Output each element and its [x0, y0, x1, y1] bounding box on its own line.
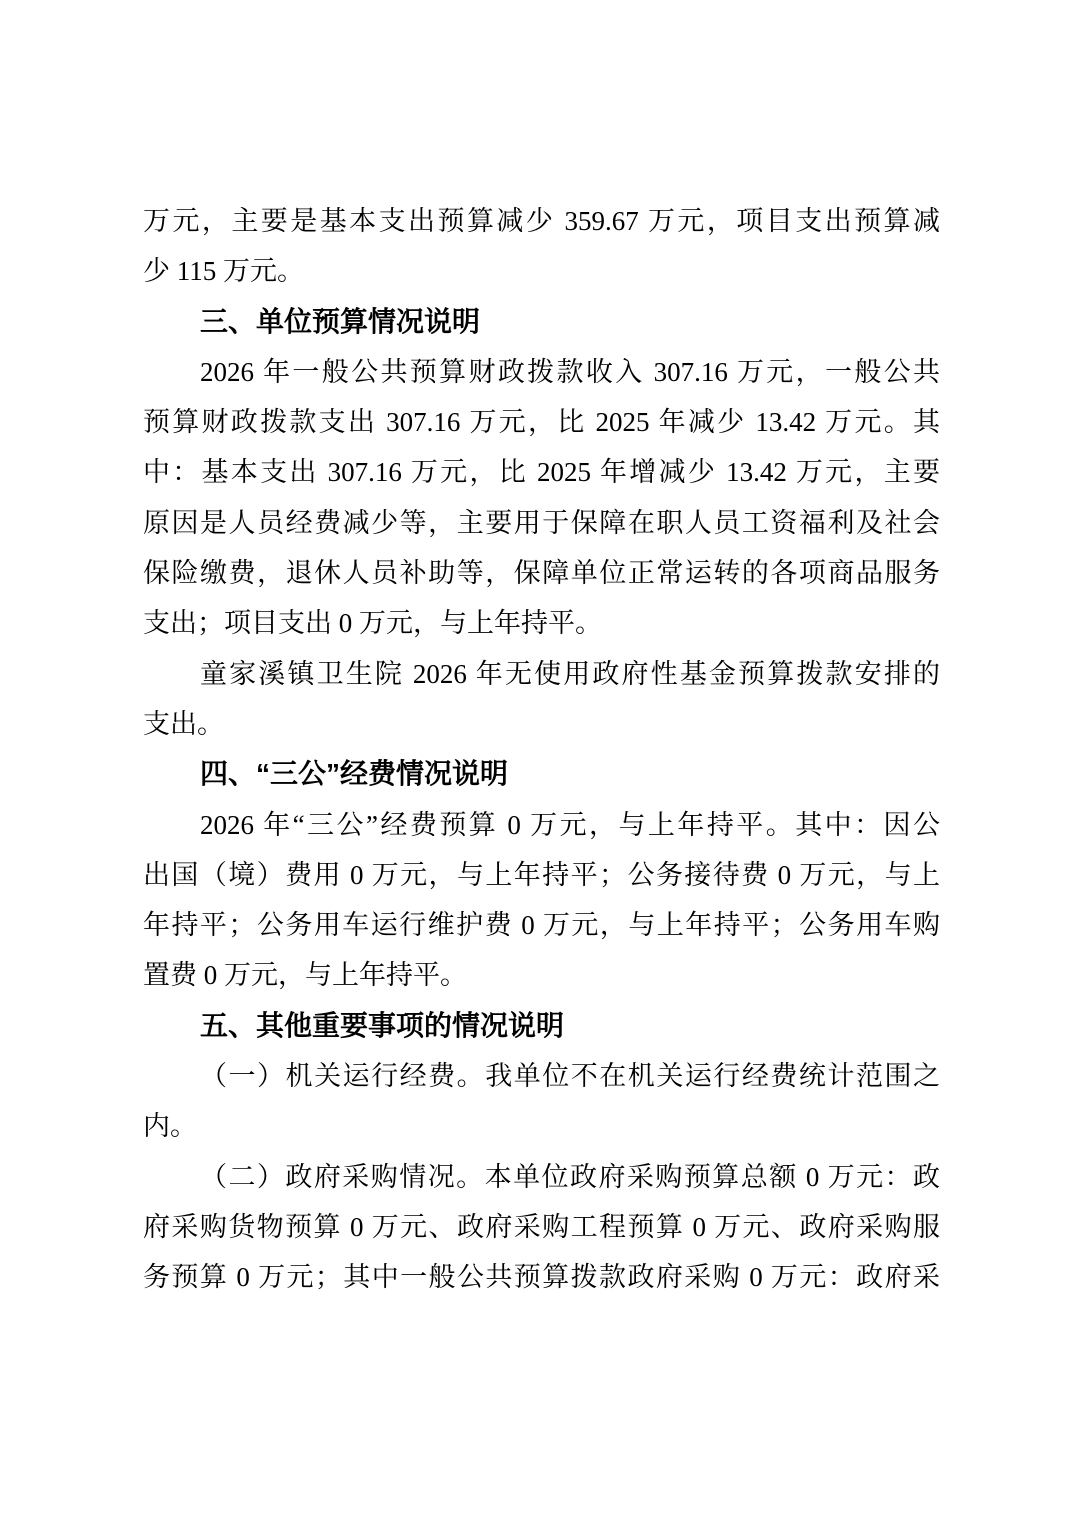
section-heading: 四、“三公”经费情况说明 [143, 749, 940, 799]
text-line: 预算财政拨款支出 307.16 万元，比 2025 年减少 13.42 万元。其 [143, 397, 940, 447]
text-line: 保险缴费，退休人员补助等，保障单位正常运转的各项商品服务 [143, 548, 940, 598]
document-body: 万元，主要是基本支出预算减少 359.67 万元，项目支出预算减 少 115 万… [143, 196, 940, 1303]
text-line: 少 115 万元。 [143, 246, 940, 296]
document-page: 万元，主要是基本支出预算减少 359.67 万元，项目支出预算减 少 115 万… [0, 0, 1074, 1520]
text-line: 原因是人员经费减少等，主要用于保障在职人员工资福利及社会 [143, 498, 940, 548]
section-heading: 三、单位预算情况说明 [143, 297, 940, 347]
text-line: 童家溪镇卫生院 2026 年无使用政府性基金预算拨款安排的 [143, 649, 940, 699]
text-line: 府采购货物预算 0 万元、政府采购工程预算 0 万元、政府采购服 [143, 1202, 940, 1252]
text-line: 出国（境）费用 0 万元，与上年持平；公务接待费 0 万元，与上 [143, 850, 940, 900]
text-line: 支出；项目支出 0 万元，与上年持平。 [143, 598, 940, 648]
text-line: 务预算 0 万元；其中一般公共预算拨款政府采购 0 万元：政府采 [143, 1252, 940, 1302]
text-line: 支出。 [143, 699, 940, 749]
text-line: 年持平；公务用车运行维护费 0 万元，与上年持平；公务用车购 [143, 900, 940, 950]
text-line: 置费 0 万元，与上年持平。 [143, 950, 940, 1000]
text-line: （二）政府采购情况。本单位政府采购预算总额 0 万元：政 [143, 1152, 940, 1202]
section-heading: 五、其他重要事项的情况说明 [143, 1001, 940, 1051]
text-line: 2026 年一般公共预算财政拨款收入 307.16 万元，一般公共 [143, 347, 940, 397]
text-line: 万元，主要是基本支出预算减少 359.67 万元，项目支出预算减 [143, 196, 940, 246]
text-line: 中：基本支出 307.16 万元，比 2025 年增减少 13.42 万元，主要 [143, 447, 940, 497]
text-line: 2026 年“三公”经费预算 0 万元，与上年持平。其中：因公 [143, 800, 940, 850]
text-line: （一）机关运行经费。我单位不在机关运行经费统计范围之 [143, 1051, 940, 1101]
text-line: 内。 [143, 1101, 940, 1151]
